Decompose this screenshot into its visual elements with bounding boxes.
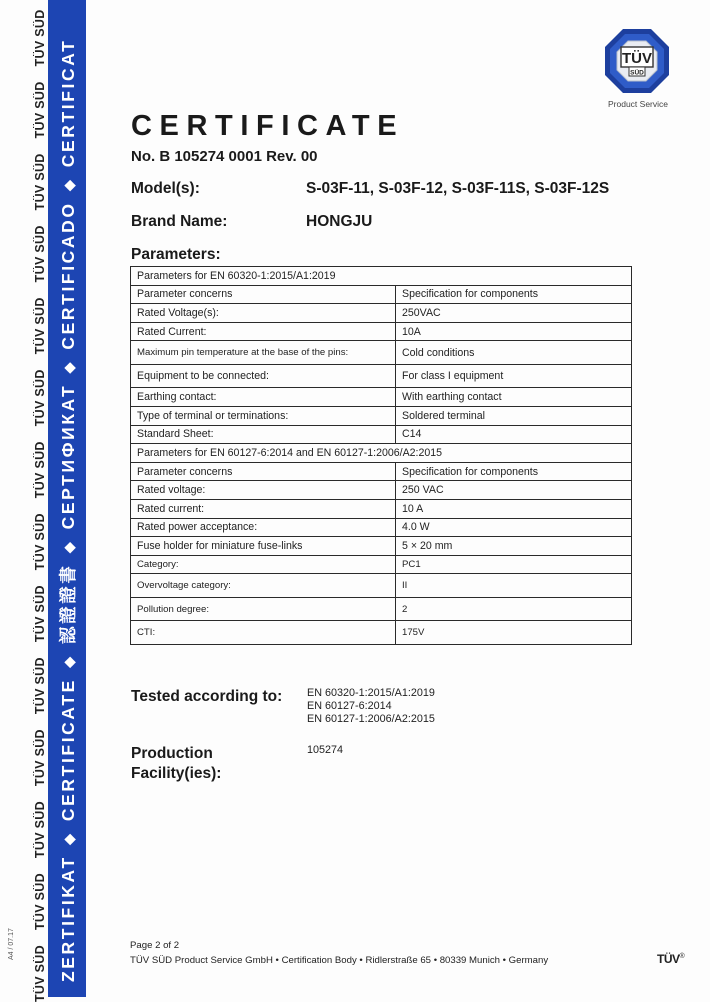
brand-label: Brand Name: (131, 213, 227, 231)
parameter-name: Earthing contact: (131, 388, 396, 407)
band-segment: CERTIFICATE (58, 678, 78, 821)
tested-standard: EN 60320-1:2015/A1:2019 (307, 687, 435, 700)
footer-mark-text: TÜV (657, 952, 680, 966)
footer-tuv-mark: TÜV® (657, 952, 684, 966)
table-row: Rated voltage:250 VAC (131, 481, 632, 500)
table-row: Rated Current:10A (131, 322, 632, 341)
diamond-separator-icon: ◆ (61, 177, 78, 191)
table-row: Rated power acceptance:4.0 W (131, 518, 632, 537)
tested-standard: EN 60127-6:2014 (307, 700, 435, 713)
parameter-value: Specification for components (396, 285, 632, 304)
table-section-title-row: Parameters for EN 60127-6:2014 and EN 60… (131, 444, 632, 463)
band-segment: 認證證書 (58, 564, 78, 644)
microtext-item: TÜV SÜD (33, 441, 47, 498)
microtext-item: TÜV SÜD (33, 729, 47, 786)
parameter-name: Type of terminal or terminations: (131, 406, 396, 425)
parameter-name: Maximum pin temperature at the base of t… (131, 341, 396, 365)
parameter-name: Equipment to be connected: (131, 364, 396, 388)
parameter-value: 4.0 W (396, 518, 632, 537)
table-row: Type of terminal or terminations:Soldere… (131, 406, 632, 425)
microtext-item: TÜV SÜD (33, 801, 47, 858)
table-row: Equipment to be connected:For class I eq… (131, 364, 632, 388)
parameter-name: Rated power acceptance: (131, 518, 396, 537)
microtext-item: TÜV SÜD (33, 945, 47, 1002)
parameter-value: PC1 (396, 555, 632, 574)
certificate-number: No. B 105274 0001 Rev. 00 (131, 148, 318, 165)
tuv-sud-logo-icon: TÜV SÜD (604, 28, 670, 94)
parameter-value: 175V (396, 621, 632, 645)
parameter-name: CTI: (131, 621, 396, 645)
parameter-value: Specification for components (396, 462, 632, 481)
parameter-name: Standard Sheet: (131, 425, 396, 444)
microtext-item: TÜV SÜD (33, 297, 47, 354)
tested-standard: EN 60127-1:2006/A2:2015 (307, 713, 435, 726)
diamond-separator-icon: ◆ (61, 539, 78, 553)
microtext-item: TÜV SÜD (33, 369, 47, 426)
parameter-name: Rated Voltage(s): (131, 304, 396, 323)
parameter-value: 5 × 20 mm (396, 537, 632, 556)
parameter-value: For class I equipment (396, 364, 632, 388)
table-row: Category:PC1 (131, 555, 632, 574)
parameter-value: 10A (396, 322, 632, 341)
certificate-side-band: ZERTIFIKAT◆CERTIFICATE◆認證證書◆СЕРТИФИКАТ◆C… (48, 0, 86, 997)
microtext-item: TÜV SÜD (33, 225, 47, 282)
logo-caption: Product Service (608, 99, 668, 109)
table-section-title: Parameters for EN 60320-1:2015/A1:2019 (131, 267, 632, 286)
form-code: A4 / 07.17 (8, 928, 15, 960)
table-row: Maximum pin temperature at the base of t… (131, 341, 632, 365)
parameters-heading: Parameters: (131, 246, 221, 264)
tested-standards-list: EN 60320-1:2015/A1:2019 EN 60127-6:2014 … (307, 687, 435, 726)
parameter-value: Cold conditions (396, 341, 632, 365)
models-label: Model(s): (131, 180, 200, 198)
parameter-name: Fuse holder for miniature fuse-links (131, 537, 396, 556)
parameter-value: Soldered terminal (396, 406, 632, 425)
diamond-separator-icon: ◆ (61, 360, 78, 374)
band-segment: ZERTIFIKAT (58, 855, 78, 982)
certificate-title: CERTIFICATE (131, 110, 404, 143)
parameter-value: 250VAC (396, 304, 632, 323)
svg-text:SÜD: SÜD (630, 68, 644, 77)
svg-text:TÜV: TÜV (622, 50, 652, 67)
parameter-name: Parameter concerns (131, 462, 396, 481)
parameter-name: Overvoltage category: (131, 574, 396, 598)
parameter-value: 2 (396, 597, 632, 621)
microtext-item: TÜV SÜD (33, 513, 47, 570)
table-row: Pollution degree:2 (131, 597, 632, 621)
table-row: Standard Sheet:C14 (131, 425, 632, 444)
models-value: S-03F-11, S-03F-12, S-03F-11S, S-03F-12S (306, 180, 609, 198)
tested-label: Tested according to: (131, 688, 282, 706)
band-segment: CERTIFICADO (58, 201, 78, 349)
table-row: Rated Voltage(s):250VAC (131, 304, 632, 323)
parameter-name: Pollution degree: (131, 597, 396, 621)
microtext-item: TÜV SÜD (33, 657, 47, 714)
parameter-name: Rated current: (131, 499, 396, 518)
brand-value: HONGJU (306, 213, 372, 231)
parameter-name: Parameter concerns (131, 285, 396, 304)
diamond-separator-icon: ◆ (61, 654, 78, 668)
microtext-item: TÜV SÜD (33, 873, 47, 930)
production-facility-value: 105274 (307, 744, 343, 756)
microtext-item: TÜV SÜD (33, 153, 47, 210)
parameter-value: With earthing contact (396, 388, 632, 407)
microtext-repeat: TÜV SÜDTÜV SÜDTÜV SÜDTÜV SÜDTÜV SÜDTÜV S… (33, 0, 48, 1002)
table-row: Overvoltage category:II (131, 574, 632, 598)
side-band-text: ZERTIFIKAT◆CERTIFICATE◆認證證書◆СЕРТИФИКАТ◆C… (55, 0, 81, 982)
parameter-name: Rated voltage: (131, 481, 396, 500)
table-row: Earthing contact:With earthing contact (131, 388, 632, 407)
registered-mark: ® (680, 953, 685, 960)
parameter-name: Category: (131, 555, 396, 574)
production-label-line2: Facility(ies): (131, 764, 221, 784)
page-number: Page 2 of 2 (130, 940, 179, 951)
microtext-strip: TÜV SÜDTÜV SÜDTÜV SÜDTÜV SÜDTÜV SÜDTÜV S… (33, 0, 48, 1002)
parameter-value: II (396, 574, 632, 598)
table-row: Rated current:10 A (131, 499, 632, 518)
microtext-item: TÜV SÜD (33, 585, 47, 642)
table-row: Parameter concernsSpecification for comp… (131, 285, 632, 304)
parameter-value: C14 (396, 425, 632, 444)
parameters-table: Parameters for EN 60320-1:2015/A1:2019Pa… (130, 266, 632, 645)
parameter-value: 250 VAC (396, 481, 632, 500)
table-row: Fuse holder for miniature fuse-links5 × … (131, 537, 632, 556)
parameter-value: 10 A (396, 499, 632, 518)
production-label-line1: Production (131, 744, 221, 764)
band-segment: СЕРТИФИКАТ (58, 384, 78, 530)
footer-address: TÜV SÜD Product Service GmbH • Certifica… (130, 955, 548, 966)
parameter-name: Rated Current: (131, 322, 396, 341)
table-row: Parameter concernsSpecification for comp… (131, 462, 632, 481)
table-row: CTI:175V (131, 621, 632, 645)
production-facility-label: Production Facility(ies): (131, 744, 221, 784)
table-section-title-row: Parameters for EN 60320-1:2015/A1:2019 (131, 267, 632, 286)
diamond-separator-icon: ◆ (61, 831, 78, 845)
microtext-item: TÜV SÜD (33, 9, 47, 66)
table-section-title: Parameters for EN 60127-6:2014 and EN 60… (131, 444, 632, 463)
microtext-item: TÜV SÜD (33, 81, 47, 138)
band-segment: CERTIFICAT (58, 39, 78, 168)
